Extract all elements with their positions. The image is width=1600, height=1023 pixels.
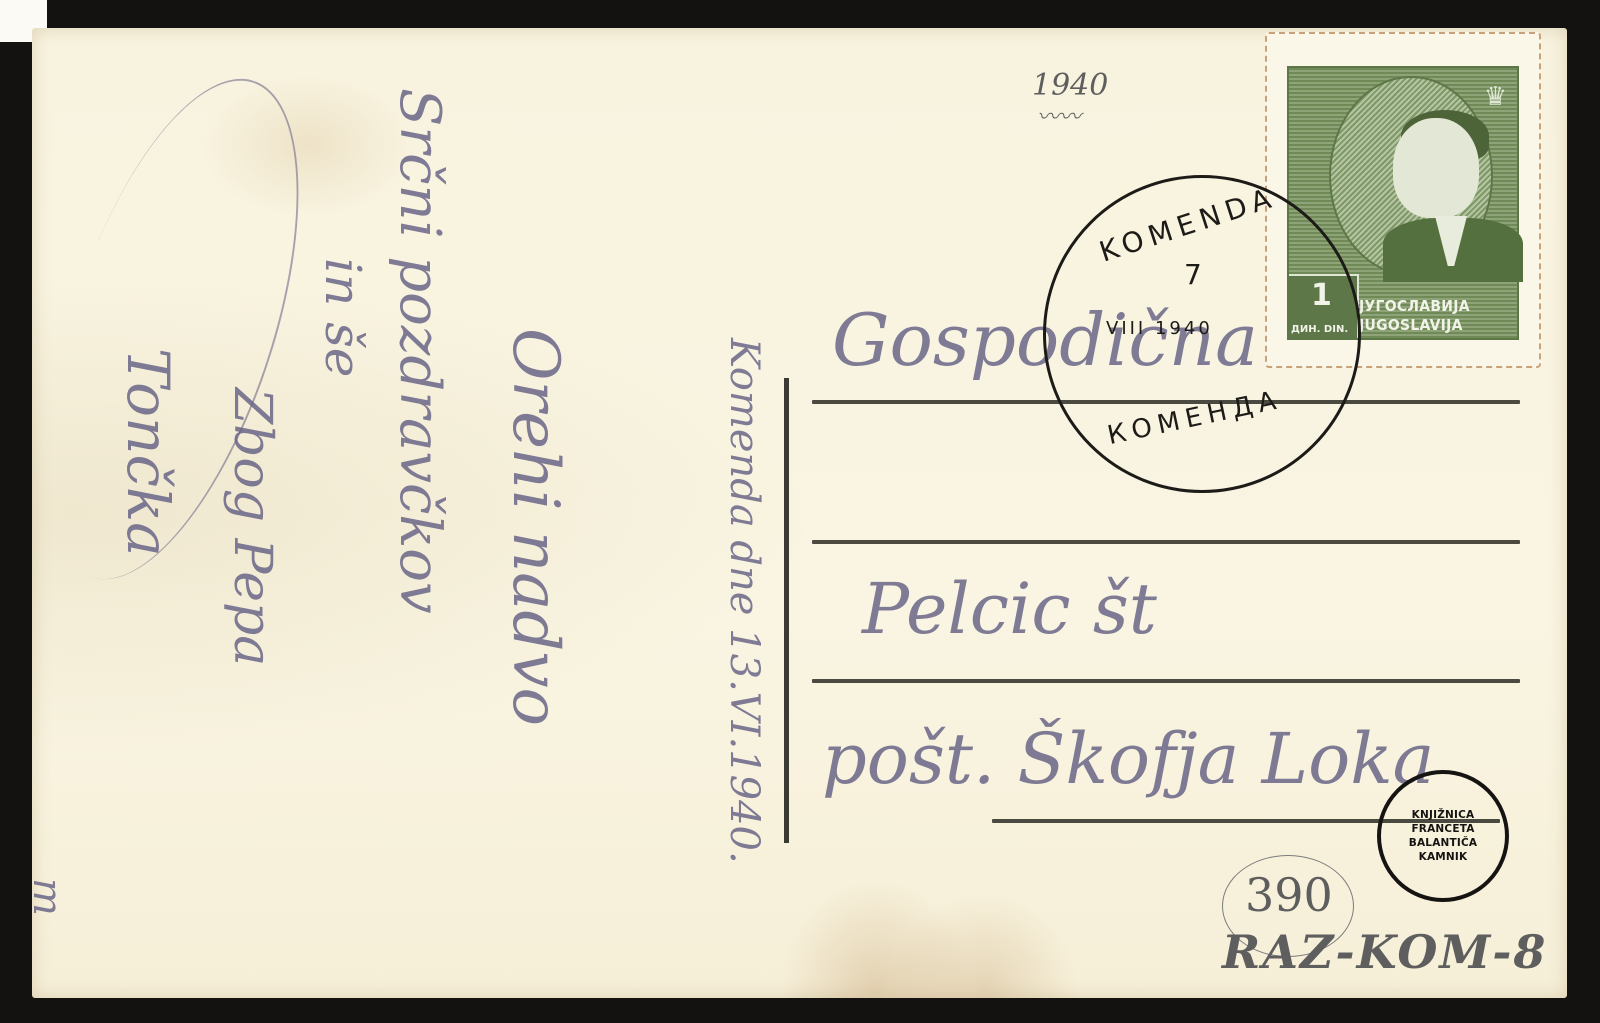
stamp-country-cyrillic: ЈУГОСЛАВИЈА	[1359, 297, 1470, 316]
postmark-date: VIII 1940	[1106, 318, 1213, 339]
catalog-code: RAZ-KOM-8	[1222, 925, 1547, 979]
signature-flourish	[0, 50, 350, 609]
message-line-1: Orehi nadvo	[498, 328, 572, 726]
year-underline: 〰〰	[1037, 100, 1081, 131]
library-stamp-line-3: BALANTIČA	[1409, 836, 1477, 850]
center-divider	[784, 378, 789, 843]
crown-icon: ♛	[1484, 82, 1507, 112]
message-date-line: Komenda dne 13.VI.1940.	[721, 338, 767, 864]
postmark-day: 7	[1184, 258, 1208, 291]
address-line-2	[812, 540, 1520, 544]
library-stamp-line-2: FRANCETA	[1411, 822, 1474, 836]
stamp-country-latin: JUGOSLAVIJA	[1359, 316, 1470, 335]
corner-mark: m	[24, 878, 70, 916]
message-line-2: Srčni pozdravčkov	[387, 88, 452, 614]
address-post-office: pošt. Škofja Loka	[822, 718, 1434, 800]
portrait-face	[1393, 118, 1479, 218]
library-stamp: KNJIŽNICA FRANCETA BALANTIČA KAMNIK	[1377, 770, 1509, 902]
year-note: 1940	[1032, 68, 1108, 103]
library-stamp-line-1: KNJIŽNICA	[1412, 808, 1475, 822]
address-street: Pelcic št	[862, 568, 1157, 650]
library-stamp-line-4: KAMNIK	[1419, 850, 1468, 864]
address-line-3	[812, 679, 1520, 683]
postmark: KOMENDA 7 VIII 1940 КОМЕНДА	[1043, 175, 1361, 493]
message-line-3: in še	[314, 258, 372, 377]
postmark-town-cyrillic: КОМЕНДА	[1105, 385, 1285, 451]
stamp-portrait-oval	[1329, 76, 1493, 276]
stamp-country: ЈУГОСЛАВИЈА JUGOSLAVIJA	[1359, 297, 1470, 335]
archive-number: 390	[1245, 868, 1333, 922]
